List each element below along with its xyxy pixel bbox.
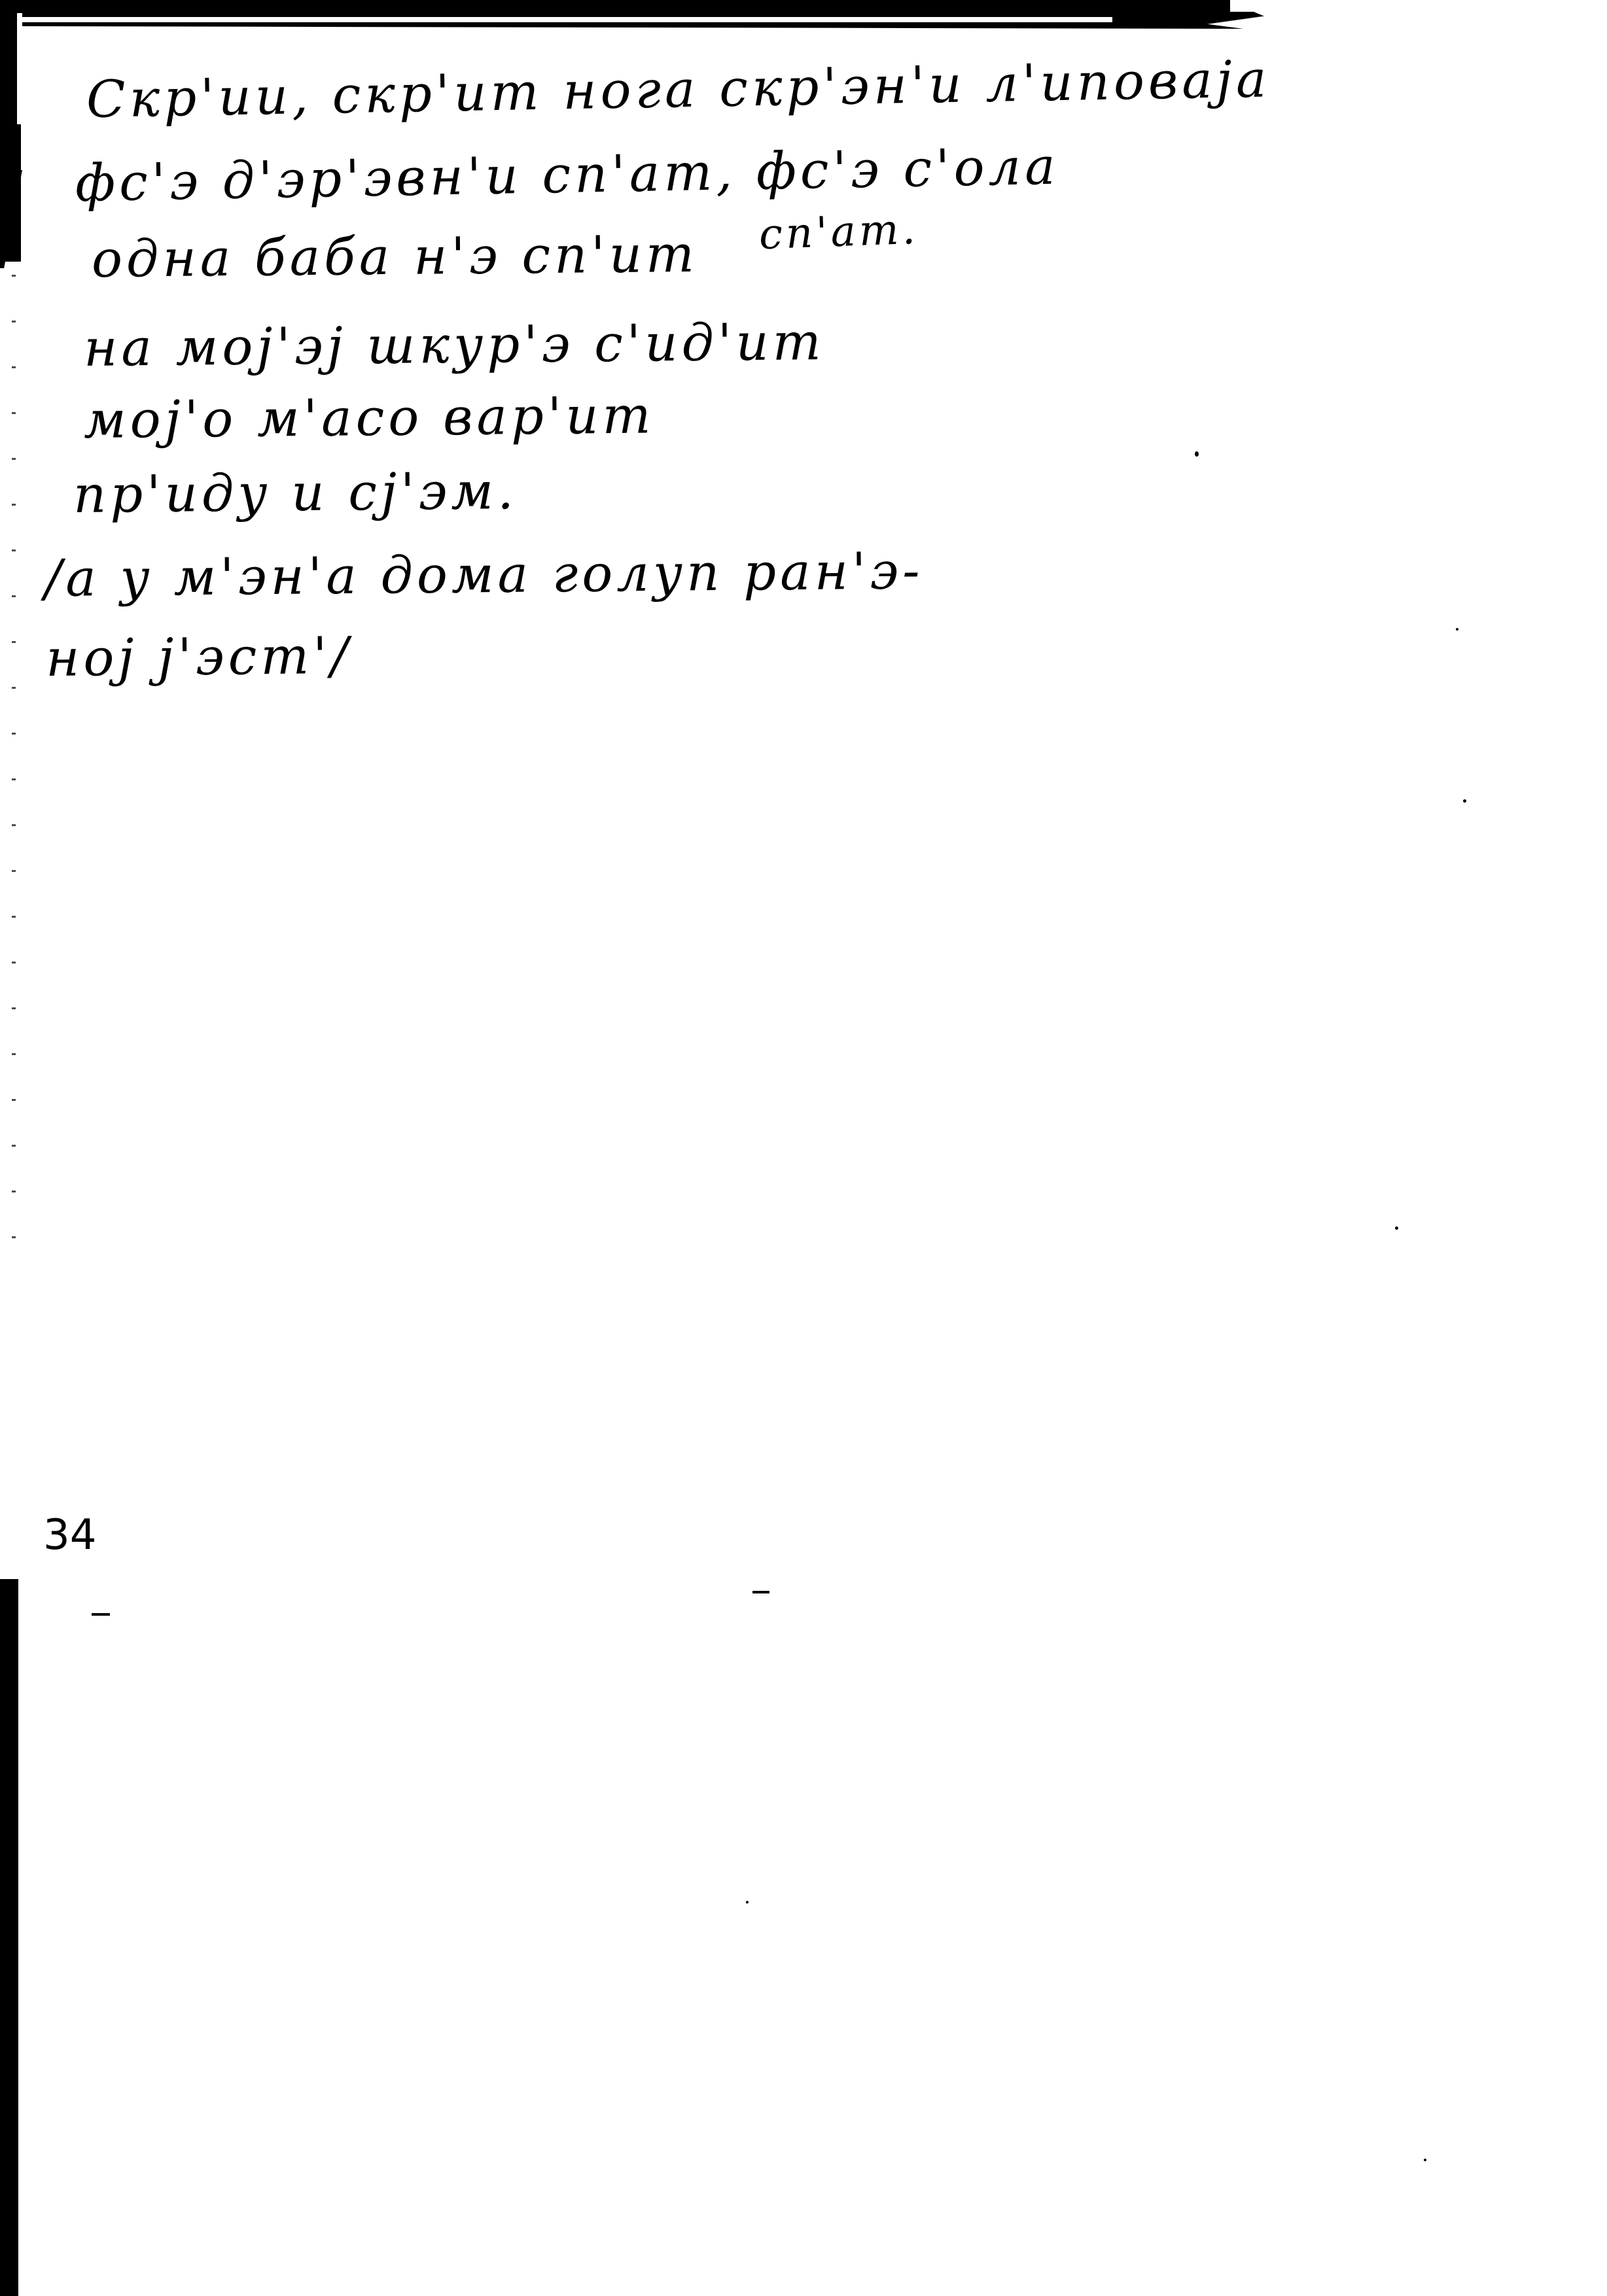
handwritten-line-8: ној ј'эст'/ bbox=[46, 627, 353, 688]
scan-edge-left-lower bbox=[0, 1579, 18, 2296]
scan-speck bbox=[746, 1901, 749, 1904]
scan-speck bbox=[1195, 451, 1199, 457]
scan-edge-left-gap bbox=[16, 13, 22, 124]
scan-mark bbox=[752, 1591, 769, 1593]
scan-edge-top-curl bbox=[1112, 12, 1348, 51]
scan-speck bbox=[1463, 799, 1466, 803]
handwritten-line-4: на мој'эј шкур'э с'ид'ит bbox=[84, 313, 825, 378]
scan-speck bbox=[1424, 2159, 1426, 2161]
scanned-page: Скр'ии, скр'ит нога скр'эн'и л'иповаја ф… bbox=[0, 0, 1607, 2296]
scan-edge-top-shadow bbox=[0, 22, 1243, 29]
scan-edge-top bbox=[0, 0, 1230, 17]
handwritten-line-3: одна баба н'э сп'ит bbox=[92, 225, 699, 289]
handwritten-line-2: фс'э д'эр'эвн'и сп'ат, фс'э с'ола bbox=[75, 137, 1059, 213]
page-number: 34 bbox=[43, 1511, 96, 1559]
scan-speck bbox=[1395, 1226, 1398, 1230]
handwritten-line-5: мој'о м'асо вар'ит bbox=[84, 386, 655, 450]
handwritten-insertion: сп'ат. bbox=[758, 205, 919, 259]
scan-edge-left-marks bbox=[12, 275, 16, 1256]
handwritten-line-7: /а у м'эн'а дома голуп ран'э- bbox=[44, 542, 924, 608]
scan-speck bbox=[1456, 628, 1458, 631]
handwritten-line-6: пр'иду и сј'эм. bbox=[73, 462, 518, 525]
scan-mark bbox=[92, 1613, 110, 1616]
handwritten-line-1: Скр'ии, скр'ит нога скр'эн'и л'иповаја bbox=[86, 50, 1271, 130]
